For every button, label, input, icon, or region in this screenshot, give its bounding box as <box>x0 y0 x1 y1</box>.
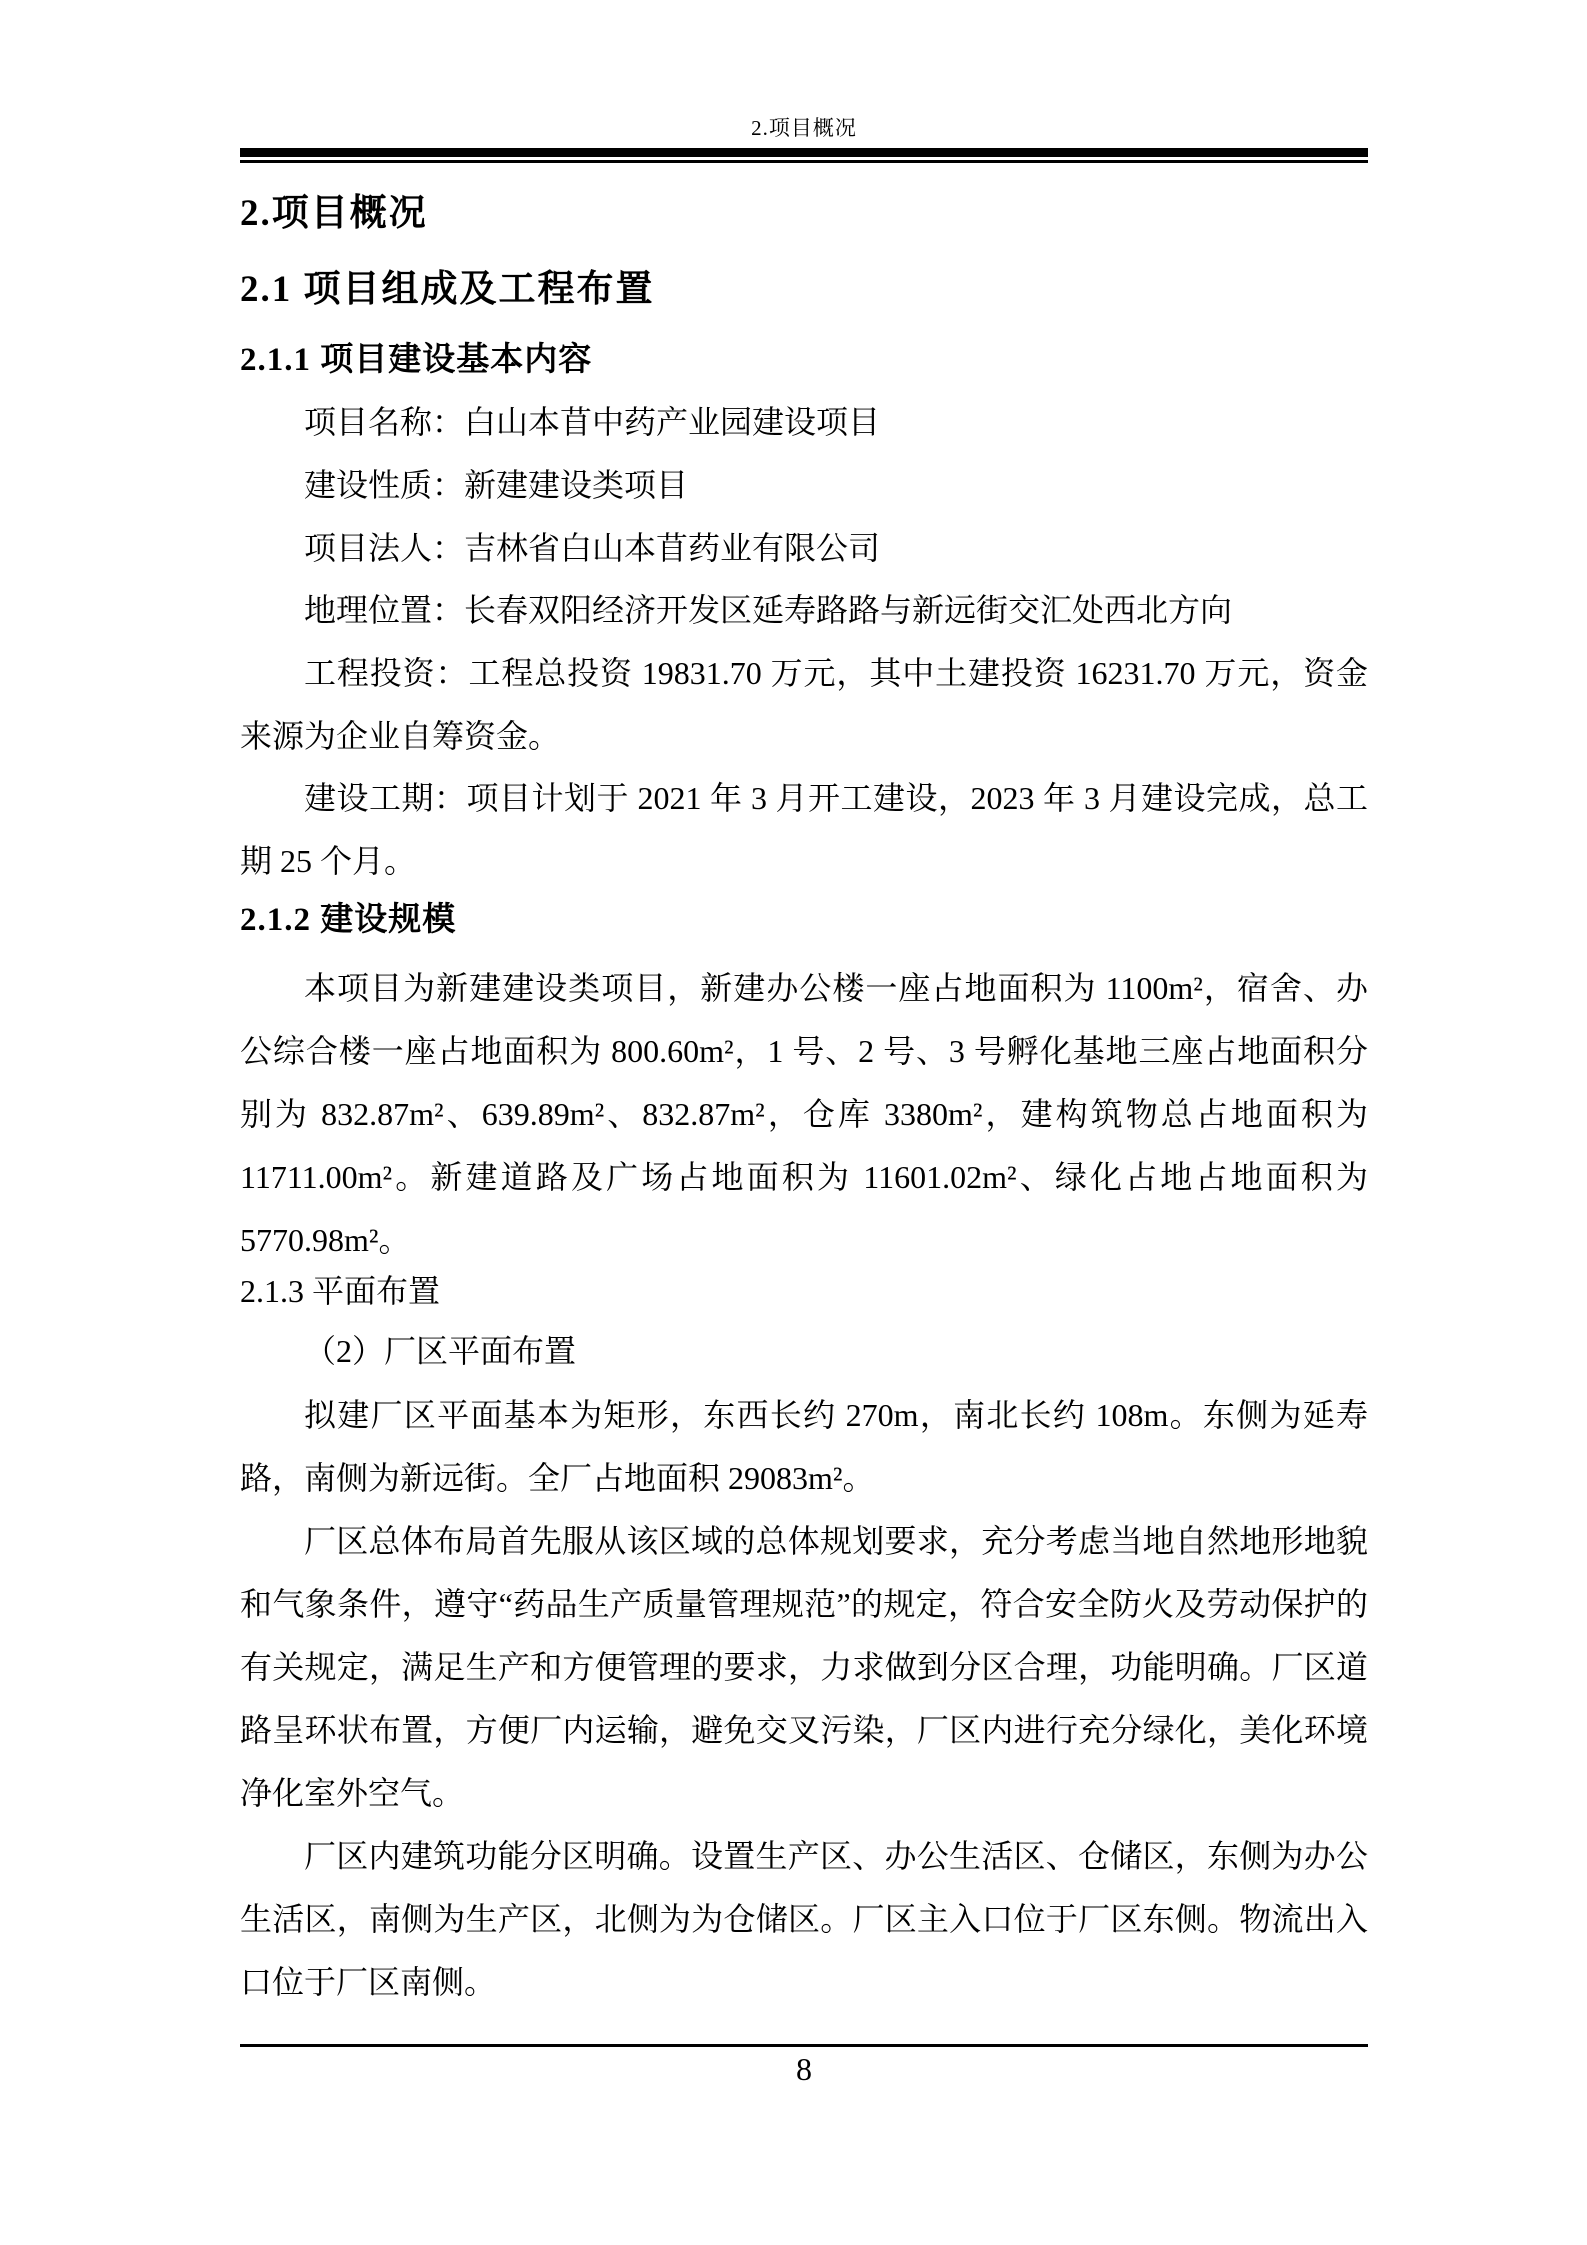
paragraph-overall-layout: 厂区总体布局首先服从该区域的总体规划要求，充分考虑当地自然地形地貌和气象条件，遵… <box>240 1510 1368 1825</box>
paragraph-construction-scale: 本项目为新建建设类项目，新建办公楼一座占地面积为 1100m²，宿舍、办公综合楼… <box>240 957 1368 1272</box>
paragraph-plant-layout-subtitle: （2）厂区平面布置 <box>240 1320 1368 1383</box>
section-heading-2-1: 2.1 项目组成及工程布置 <box>240 264 1368 316</box>
paragraph-project-name: 项目名称：白山本苜中药产业园建设项目 <box>240 391 1368 454</box>
paragraph-construction-nature: 建设性质：新建建设类项目 <box>240 454 1368 517</box>
subsection-heading-2-1-2: 2.1.2 建设规模 <box>240 894 1368 946</box>
paragraph-plant-shape: 拟建厂区平面基本为矩形，东西长约 270m，南北长约 108m。东侧为延寿路，南… <box>240 1384 1368 1510</box>
footer-rule <box>240 2044 1368 2047</box>
subsection-heading-2-1-3: 2.1.3 平面布置 <box>240 1260 1368 1323</box>
running-header-title: 2.项目概况 <box>240 106 1368 150</box>
paragraph-functional-zones: 厂区内建筑功能分区明确。设置生产区、办公生活区、仓储区，东侧为办公生活区，南侧为… <box>240 1825 1368 2014</box>
header-rule-thick <box>240 148 1368 157</box>
subsection-heading-2-1-1: 2.1.1 项目建设基本内容 <box>240 334 1368 386</box>
paragraph-location: 地理位置：长春双阳经济开发区延寿路路与新远街交汇处西北方向 <box>240 579 1368 642</box>
document-page: 2.项目概况 2.项目概况 2.1 项目组成及工程布置 2.1.1 项目建设基本… <box>0 0 1587 2245</box>
paragraph-legal-person: 项目法人：吉林省白山本苜药业有限公司 <box>240 517 1368 580</box>
chapter-heading: 2.项目概况 <box>240 188 1368 240</box>
page-number: 8 <box>240 2048 1368 2090</box>
header-rule-thin <box>240 160 1368 163</box>
paragraph-schedule: 建设工期：项目计划于 2021 年 3 月开工建设，2023 年 3 月建设完成… <box>240 767 1368 893</box>
paragraph-investment: 工程投资：工程总投资 19831.70 万元，其中土建投资 16231.70 万… <box>240 642 1368 768</box>
